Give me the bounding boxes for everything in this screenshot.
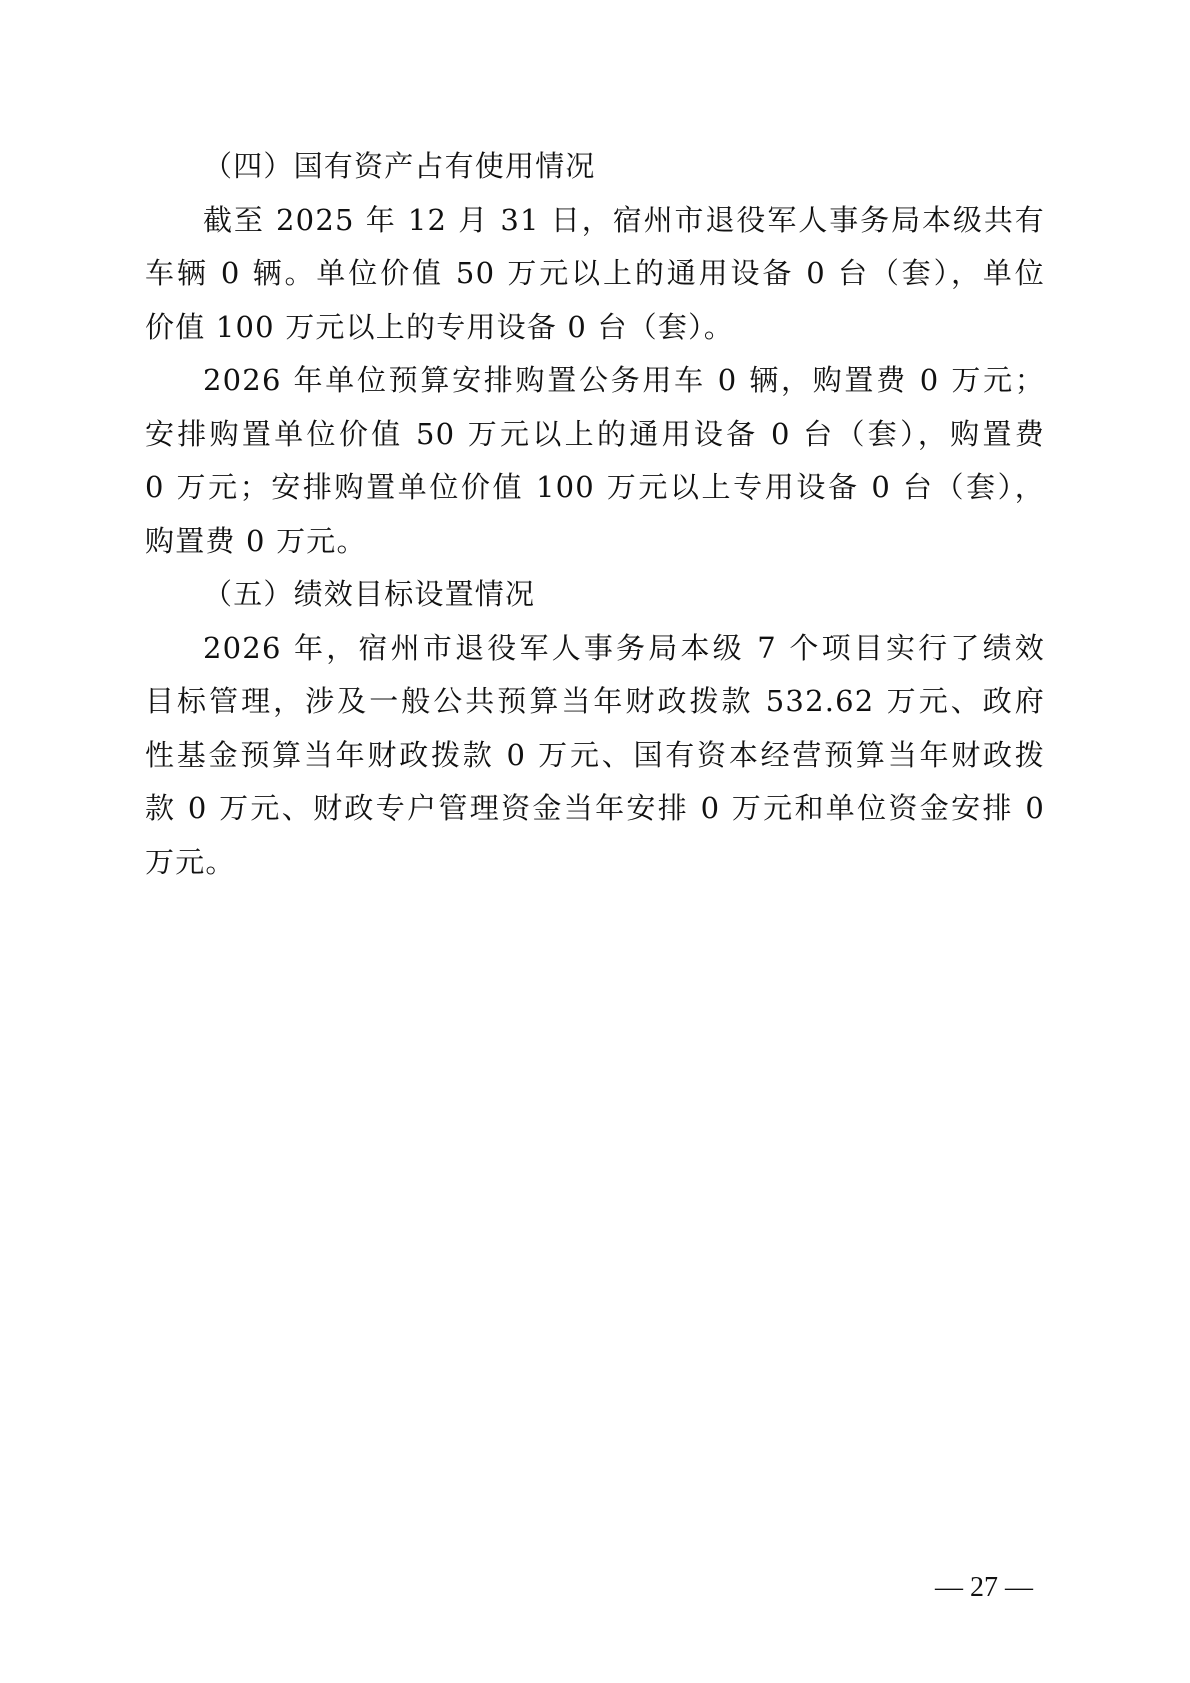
document-page: （四）国有资产占有使用情况 截至 2025 年 12 月 31 日，宿州市退役军… xyxy=(145,140,1045,889)
paragraph-line: 购置费 0 万元。 xyxy=(145,515,1045,569)
paragraph-line: 2026 年，宿州市退役军人事务局本级 7 个项目实行了绩效 xyxy=(145,622,1045,676)
paragraph-line: 截至 2025 年 12 月 31 日，宿州市退役军人事务局本级共有 xyxy=(145,194,1045,248)
page-number: — 27 — xyxy=(935,1572,1033,1604)
paragraph-line: 0 万元；安排购置单位价值 100 万元以上专用设备 0 台（套）， xyxy=(145,461,1045,515)
paragraph-line: 目标管理，涉及一般公共预算当年财政拨款 532.62 万元、政府 xyxy=(145,675,1045,729)
paragraph-line: 款 0 万元、财政专户管理资金当年安排 0 万元和单位资金安排 0 xyxy=(145,782,1045,836)
paragraph-line: 万元。 xyxy=(145,836,1045,890)
paragraph-line: 价值 100 万元以上的专用设备 0 台（套）。 xyxy=(145,301,1045,355)
paragraph-line: 车辆 0 辆。单位价值 50 万元以上的通用设备 0 台（套），单位 xyxy=(145,247,1045,301)
section-5-heading: （五）绩效目标设置情况 xyxy=(145,568,1045,622)
paragraph-line: 性基金预算当年财政拨款 0 万元、国有资本经营预算当年财政拨 xyxy=(145,729,1045,783)
paragraph-line: 2026 年单位预算安排购置公务用车 0 辆，购置费 0 万元； xyxy=(145,354,1045,408)
section-4-heading: （四）国有资产占有使用情况 xyxy=(145,140,1045,194)
paragraph-line: 安排购置单位价值 50 万元以上的通用设备 0 台（套），购置费 xyxy=(145,408,1045,462)
